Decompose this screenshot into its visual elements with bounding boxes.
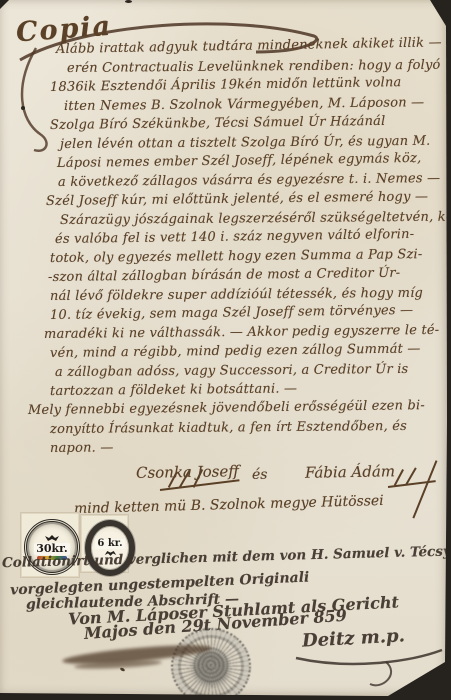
signature-right: Fábia Ádám: [305, 462, 395, 482]
manuscript-line: totok, oly egyezés mellett hogy ezen Sum…: [50, 247, 423, 266]
stamp-value: 6 kr.: [95, 539, 124, 550]
manuscript-line: a következő zállagos vásárra és egyezésr…: [58, 171, 440, 190]
manuscript-line: 1836ik Esztendői Április 19kén midőn let…: [50, 75, 402, 95]
ink-speck: [21, 106, 25, 110]
edge-speck: [125, 0, 132, 3]
manuscript-line: Szél Joseff kúr, mi előttünk jelenté, és…: [46, 189, 428, 209]
ink-speck: [120, 667, 126, 672]
manuscript-line: Szárazügy jószágainak legszerzéséről szü…: [60, 209, 451, 228]
manuscript-line: napon. —: [50, 440, 114, 456]
manuscript-line: maradéki ki ne válthassák. — Akkor pedig…: [44, 323, 439, 342]
manuscript-line: nál lévő földekre super addízióúl tétess…: [50, 286, 423, 304]
manuscript-line: vén, mind a régibb, mind pedig ezen záll…: [50, 341, 421, 361]
manuscript-line: a zállogban adóss, vagy Successori, a Cr…: [55, 362, 409, 380]
manuscript-line: Láposi nemes ember Szél Joseff, lépének …: [57, 151, 422, 171]
manuscript-line: Alább irattak adgyuk tudtára mindeneknek…: [56, 35, 442, 57]
manuscript-line: és valóba fel is vett 140 i. száz negyve…: [55, 227, 414, 247]
manuscript-line: zonyítto Írásunkat kiadtuk, a fen írt Es…: [50, 419, 407, 437]
manuscript-line: -szon által zállogban bírásán de most a …: [48, 266, 401, 285]
official-signature: Deitz m.p.: [302, 625, 406, 651]
manuscript-line: Mely fennebbi egyezésnek jövendőbeli erő…: [28, 398, 425, 418]
manuscript-line: itten Nemes B. Szolnok Vármegyében, M. L…: [64, 95, 425, 114]
corner-notch: [0, 0, 9, 9]
manuscript-line: jelen lévén ottan a tisztelt Szolga Bíró…: [60, 134, 431, 152]
document-paper: Copia Alább irattak adgyuk tudtára minde…: [0, 0, 451, 700]
round-ink-seal: [171, 628, 251, 700]
manuscript-line: Szolga Bíró Székünkbe, Técsi Sámuel Úr H…: [50, 114, 386, 133]
signature-conjunction: és: [252, 467, 267, 483]
manuscript-line: erén Contractualis Levelünknek rendiben:…: [67, 58, 441, 76]
manuscript-line: 10. tíz évekig, sem maga Szél Joseff sem…: [50, 303, 413, 323]
manuscript-line: tartozzan a földeket ki botsáttani. —: [50, 381, 297, 399]
scanned-document: Copia Alább irattak adgyuk tudtára minde…: [0, 0, 451, 700]
